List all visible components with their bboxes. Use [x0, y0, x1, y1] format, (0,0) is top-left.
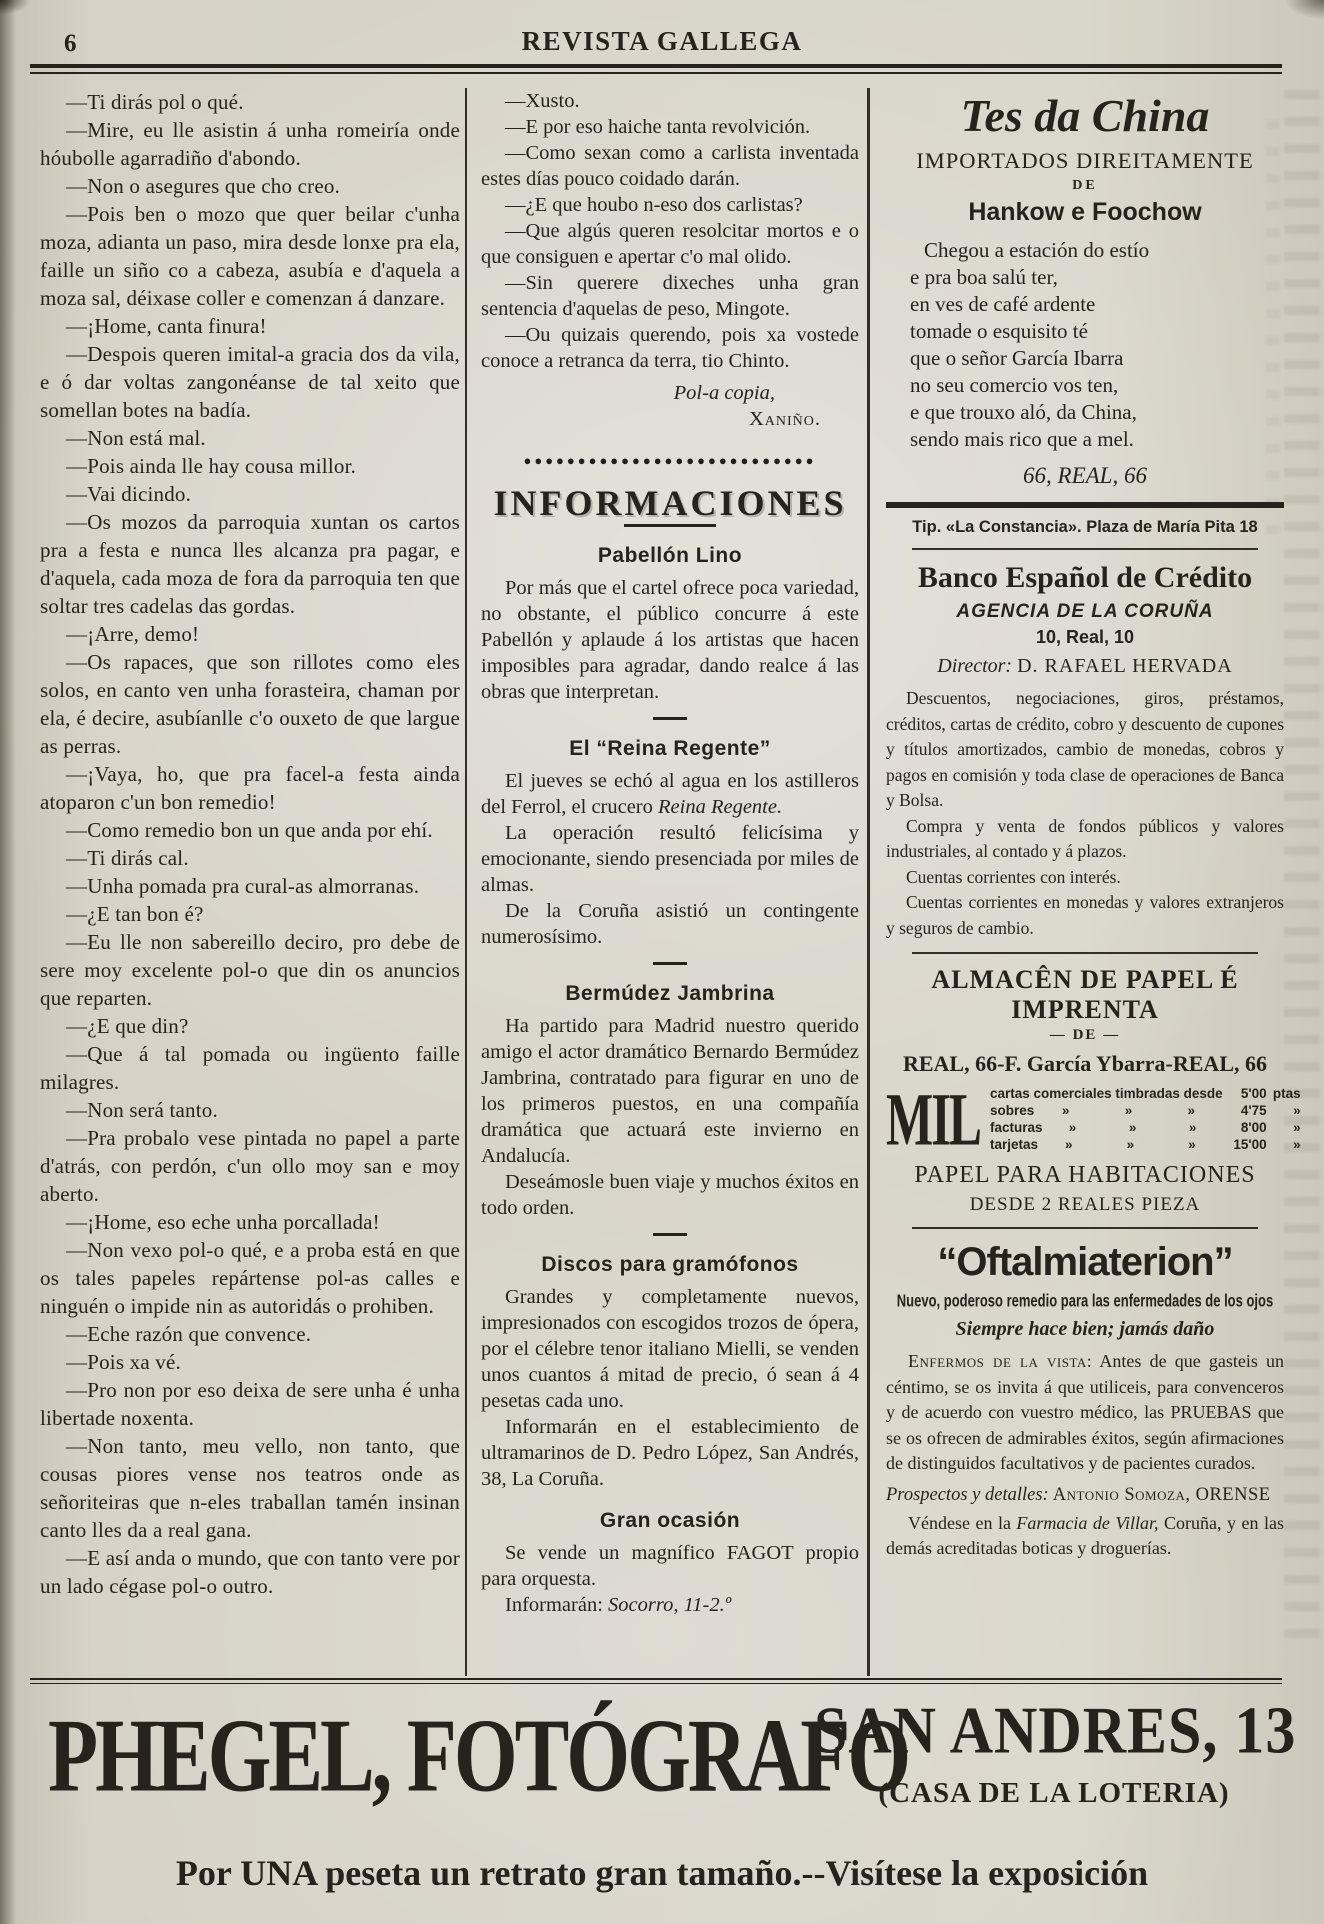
dialogue-paragraph: —Os mozos da parroquia xuntan os cartos …: [40, 508, 460, 620]
price-value: 8'00: [1223, 1119, 1267, 1136]
dialogue-paragraph: —Eu lle non sabereillo deciro, pro debe …: [40, 928, 460, 1012]
dialogue-paragraph: —Ti dirás cal.: [40, 844, 460, 872]
newspaper-page: 6 REVISTA GALLEGA —Ti dirás pol o qué. —…: [0, 0, 1324, 1924]
address-italic: Socorro, 11-2.º: [608, 1594, 731, 1616]
ad-prospectus-line: Prospectos y detalles: Antonio Somoza, O…: [886, 1485, 1284, 1506]
dialogue-paragraph: —Non vexo pol-o qué, e a proba está en q…: [40, 1236, 460, 1320]
ad-subtitle: IMPORTADOS DIREITAMENTE: [886, 148, 1284, 174]
ad-line-desde: DESDE 2 REALES PIEZA: [886, 1194, 1284, 1216]
ad-paragraph: Descuentos, negociaciones, giros, présta…: [886, 686, 1284, 814]
verse-line: e que trouxo aló, da China,: [910, 399, 1284, 426]
article-paragraph: Informarán en el establecimiento de ultr…: [481, 1414, 859, 1492]
ad-subtitle: (CASA DE LA LOTERIA): [814, 1777, 1294, 1810]
byline-copy: Pol-a copia,: [481, 380, 859, 406]
dialogue-paragraph: —E así anda o mundo, que con tanto vere …: [40, 1544, 460, 1600]
dialogue-paragraph: —Pra probalo vese pintada no papel a par…: [40, 1124, 460, 1208]
dialogue-paragraph: —¿E que houbo n-eso dos carlistas?: [481, 192, 859, 218]
price-row: sobres»»»4'75»: [990, 1102, 1301, 1119]
paragraph-text: Informarán:: [505, 1594, 608, 1616]
article-separator: [653, 717, 687, 720]
dialogue-paragraph: —Os rapaces, que son rillotes como eles …: [40, 648, 460, 760]
dialogue-paragraph: —Ti dirás pol o qué.: [40, 88, 460, 116]
price-row: tarjetas»»»15'00»: [990, 1136, 1301, 1153]
photographer-name: PHEGEL, FOTÓGRAFO: [48, 1696, 908, 1816]
ad-almacen-papel: ALMACÊN DE PAPEL É IMPRENTA — DE — REAL,…: [886, 965, 1284, 1216]
verse-line: en ves de café ardente: [910, 291, 1284, 318]
ad-slogan: Siempre hace bien; jamás daño: [886, 1318, 1284, 1341]
ad-street-address: SAN ANDRES, 13: [814, 1692, 1294, 1769]
thin-rule: [912, 952, 1258, 954]
byline-signature: Xaniño.: [481, 406, 859, 432]
ad-tagline: Por UNA peseta un retrato gran tamaño.--…: [30, 1852, 1294, 1894]
ornament-bead-row: ●●●●●●●●●●●●●●●●●●●●●●●●●●●: [481, 448, 859, 474]
ditto-mark: »: [1163, 1119, 1223, 1136]
prospectus-label: Prospectos y detalles:: [886, 1485, 1049, 1505]
column-1-dialogue: —Ti dirás pol o qué. —Mire, eu lle asist…: [40, 88, 460, 1600]
masthead-title: REVISTA GALLEGA: [0, 26, 1324, 57]
ad-phegel-fotografo: PHEGEL, FOTÓGRAFO SAN ANDRES, 13 (CASA D…: [30, 1690, 1294, 1920]
price-item: sobres: [990, 1102, 1034, 1119]
ad-title: Tes da China: [886, 92, 1284, 140]
article-title-discos-gramofonos: Discos para gramófonos: [481, 1252, 859, 1278]
dialogue-paragraph: —Non está mal.: [40, 424, 460, 452]
dialogue-paragraph: —Sin querere dixeches unha gran sentenci…: [481, 270, 859, 322]
article-paragraph: Deseámosle buen viaje y muchos éxitos en…: [481, 1169, 859, 1221]
column-divider-rule: [465, 88, 467, 1676]
thin-rule: [912, 548, 1258, 550]
ditto-mark: »: [1097, 1102, 1160, 1119]
dialogue-paragraph: —Como sexan como a carlista inventada es…: [481, 140, 859, 192]
ad-paragraph: Compra y venta de fondos públicos y valo…: [886, 814, 1284, 865]
price-row: cartas comerciales timbradas desde5'00pt…: [990, 1085, 1301, 1102]
ad-origin-cities: Hankow e Foochow: [886, 198, 1284, 227]
price-item: cartas comerciales timbradas desde: [990, 1085, 1223, 1102]
ad-banco-espanol: Banco Español de Crédito AGENCIA DE LA C…: [886, 561, 1284, 941]
verse-line: tomade o esquisito té: [910, 318, 1284, 345]
article-separator: [653, 962, 687, 965]
director-label: Director:: [937, 655, 1012, 677]
dialogue-paragraph: —¡Arre, demo!: [40, 620, 460, 648]
dialogue-paragraph: —Unha pomada pra cural-as almorranas.: [40, 872, 460, 900]
ditto-mark: »: [1038, 1136, 1100, 1153]
price-unit: ptas: [1267, 1085, 1301, 1102]
ship-name-italic: Reina Regente.: [658, 796, 782, 818]
article-title-bermudez-jambrina: Bermúdez Jambrina: [481, 981, 859, 1007]
header-rule: [30, 64, 1282, 74]
price-value: 4'75: [1223, 1102, 1267, 1119]
verse-line: sendo mais rico que a mel.: [910, 426, 1284, 453]
article-paragraph: Se vende un magnífico FAGOT propio para …: [481, 1540, 859, 1592]
ad-subtitle: Nuevo, poderoso remedio para las enferme…: [886, 1291, 1284, 1311]
price-item: tarjetas: [990, 1136, 1038, 1153]
dialogue-paragraph: —Que á tal pomada ou ingüento faille mil…: [40, 1040, 460, 1096]
ad-agency-line: AGENCIA DE LA CORUÑA: [886, 601, 1284, 623]
paragraph-text: Véndese en la: [908, 1513, 1016, 1533]
bleed-through-ghost-text: [1284, 90, 1320, 1650]
dialogue-paragraph: —¡Home, eso eche unha porcallada!: [40, 1208, 460, 1236]
ad-title: “Oftalmiaterion”: [886, 1240, 1284, 1285]
column-3-advertisements: Tes da China IMPORTADOS DIREITAMENTE DE …: [886, 92, 1284, 1580]
dialogue-paragraph: —Pois xa vé.: [40, 1348, 460, 1376]
verse-line: Chegou a estación do estío: [910, 237, 1284, 264]
dialogue-paragraph: —Que algús queren resolcitar mortos e o …: [481, 218, 859, 270]
dialogue-paragraph: —¿E tan bon é?: [40, 900, 460, 928]
article-paragraph: Grandes y completamente nuevos, impresio…: [481, 1284, 859, 1414]
ditto-mark: »: [1161, 1136, 1223, 1153]
heavy-rule: [886, 502, 1284, 508]
dialogue-paragraph: —Eche razón que convence.: [40, 1320, 460, 1348]
ad-title: Banco Español de Crédito: [886, 561, 1284, 595]
dialogue-paragraph: —Como remedio bon un que anda por ehí.: [40, 816, 460, 844]
ditto-mark: »: [1103, 1119, 1163, 1136]
price-unit: »: [1267, 1136, 1301, 1153]
dialogue-paragraph: —Pois ben o mozo que quer beilar c'unha …: [40, 200, 460, 312]
article-title-gran-ocasion: Gran ocasión: [481, 1508, 859, 1534]
footer-rule: [30, 1678, 1282, 1684]
price-item: facturas: [990, 1119, 1043, 1136]
article-paragraph: De la Coruña asistió un contingente nume…: [481, 898, 859, 950]
price-row: facturas»»»8'00»: [990, 1119, 1301, 1136]
director-name: D. RAFAEL HERVADA: [1017, 655, 1233, 677]
dialogue-paragraph: —Despois queren imital-a gracia dos da v…: [40, 340, 460, 424]
masthead-underline: [624, 524, 716, 527]
article-paragraph: Por más que el cartel ofrece poca varied…: [481, 575, 859, 705]
scan-corner-mark: [0, 0, 52, 26]
dialogue-paragraph: —Ou quizais querendo, pois xa vostede co…: [481, 322, 859, 374]
verse-line: no seu comercio vos ten,: [910, 372, 1284, 399]
article-paragraph: La operación resultó felicísima y emocio…: [481, 820, 859, 898]
ad-address-block: SAN ANDRES, 13 (CASA DE LA LOTERIA): [814, 1692, 1294, 1810]
price-value: 15'00: [1223, 1136, 1267, 1153]
dialogue-paragraph: —Mire, eu lle asistin á unha romeiría on…: [40, 116, 460, 172]
ad-line-papel: PAPEL PARA HABITACIONES: [886, 1162, 1284, 1189]
lead-smallcaps: Enfermos de la vista:: [908, 1351, 1092, 1371]
dialogue-paragraph: —¡Home, canta finura!: [40, 312, 460, 340]
ad-de-label: DE: [886, 178, 1284, 194]
pharmacy-name-italic: Farmacia de Villar,: [1016, 1513, 1158, 1533]
dialogue-paragraph: —Xusto.: [481, 88, 859, 114]
ad-street-address: 10, Real, 10: [886, 627, 1284, 648]
ditto-mark: »: [1160, 1102, 1223, 1119]
ad-tes-da-china: Tes da China IMPORTADOS DIREITAMENTE DE …: [886, 92, 1284, 489]
article-paragraph: Ha partido para Madrid nuestro querido a…: [481, 1013, 859, 1169]
ad-title: ALMACÊN DE PAPEL É IMPRENTA: [886, 965, 1284, 1025]
ad-paragraph: Enfermos de la vista: Antes de que gaste…: [886, 1349, 1284, 1477]
dialogue-paragraph: —Pro non por eso deixa de sere unha é un…: [40, 1376, 460, 1432]
ad-paragraph: Cuentas corrientes en monedas y valores …: [886, 890, 1284, 941]
mil-display-word: MIL: [886, 1082, 980, 1157]
ad-verse: Chegou a estación do estío e pra boa sal…: [886, 237, 1284, 453]
price-list: MIL cartas comerciales timbradas desde5'…: [886, 1085, 1284, 1153]
section-masthead-informaciones: INFORMACIONES: [481, 490, 859, 516]
article-paragraph: Informarán: Socorro, 11-2.º: [481, 1592, 859, 1618]
verse-line: que o señor García Ibarra: [910, 345, 1284, 372]
dialogue-paragraph: —Pois ainda lle hay cousa millor.: [40, 452, 460, 480]
price-unit: »: [1267, 1102, 1301, 1119]
ad-street-address: REAL, 66-F. García Ybarra-REAL, 66: [886, 1051, 1284, 1077]
ad-de-label: — DE —: [886, 1027, 1284, 1044]
dialogue-paragraph: —¿E que din?: [40, 1012, 460, 1040]
scan-edge-shadow: [0, 0, 16, 1924]
ad-paragraph: Cuentas corrientes con interés.: [886, 865, 1284, 891]
ad-director-line: Director: D. RAFAEL HERVADA: [886, 655, 1284, 678]
ad-oftalmiaterion: “Oftalmiaterion” Nuevo, poderoso remedio…: [886, 1240, 1284, 1562]
ditto-mark: »: [1043, 1119, 1103, 1136]
article-separator: [653, 1233, 687, 1236]
dialogue-paragraph: —Non o asegures que cho creo.: [40, 172, 460, 200]
ditto-mark: »: [1100, 1136, 1162, 1153]
price-unit: »: [1267, 1119, 1301, 1136]
dialogue-paragraph: —Vai dicindo.: [40, 480, 460, 508]
price-value: 5'00: [1223, 1085, 1267, 1102]
column-2-news: —Xusto. —E por eso haiche tanta revolvic…: [481, 88, 859, 1618]
article-title-reina-regente: El “Reina Regente”: [481, 736, 859, 762]
prospectus-contact: Antonio Somoza, ORENSE: [1049, 1485, 1271, 1505]
printer-imprint: Tip. «La Constancia». Plaza de María Pit…: [886, 518, 1284, 537]
ad-availability-line: Véndese en la Farmacia de Villar, Coruña…: [886, 1511, 1284, 1562]
column-divider-rule: [867, 88, 870, 1676]
verse-line: e pra boa salú ter,: [910, 264, 1284, 291]
dialogue-paragraph: —Non será tanto.: [40, 1096, 460, 1124]
article-title-pabellon-lino: Pabellón Lino: [481, 543, 859, 569]
dialogue-paragraph: —E por eso haiche tanta revolvición.: [481, 114, 859, 140]
thin-rule: [912, 1227, 1258, 1229]
article-paragraph: El jueves se echó al agua en los astille…: [481, 768, 859, 820]
ad-street-address: 66, REAL, 66: [886, 463, 1284, 489]
price-rows: cartas comerciales timbradas desde5'00pt…: [990, 1085, 1301, 1153]
dialogue-paragraph: —Non tanto, meu vello, non tanto, que co…: [40, 1432, 460, 1544]
ditto-mark: »: [1034, 1102, 1097, 1119]
dialogue-paragraph: —¡Vaya, ho, que pra facel-a festa ainda …: [40, 760, 460, 816]
